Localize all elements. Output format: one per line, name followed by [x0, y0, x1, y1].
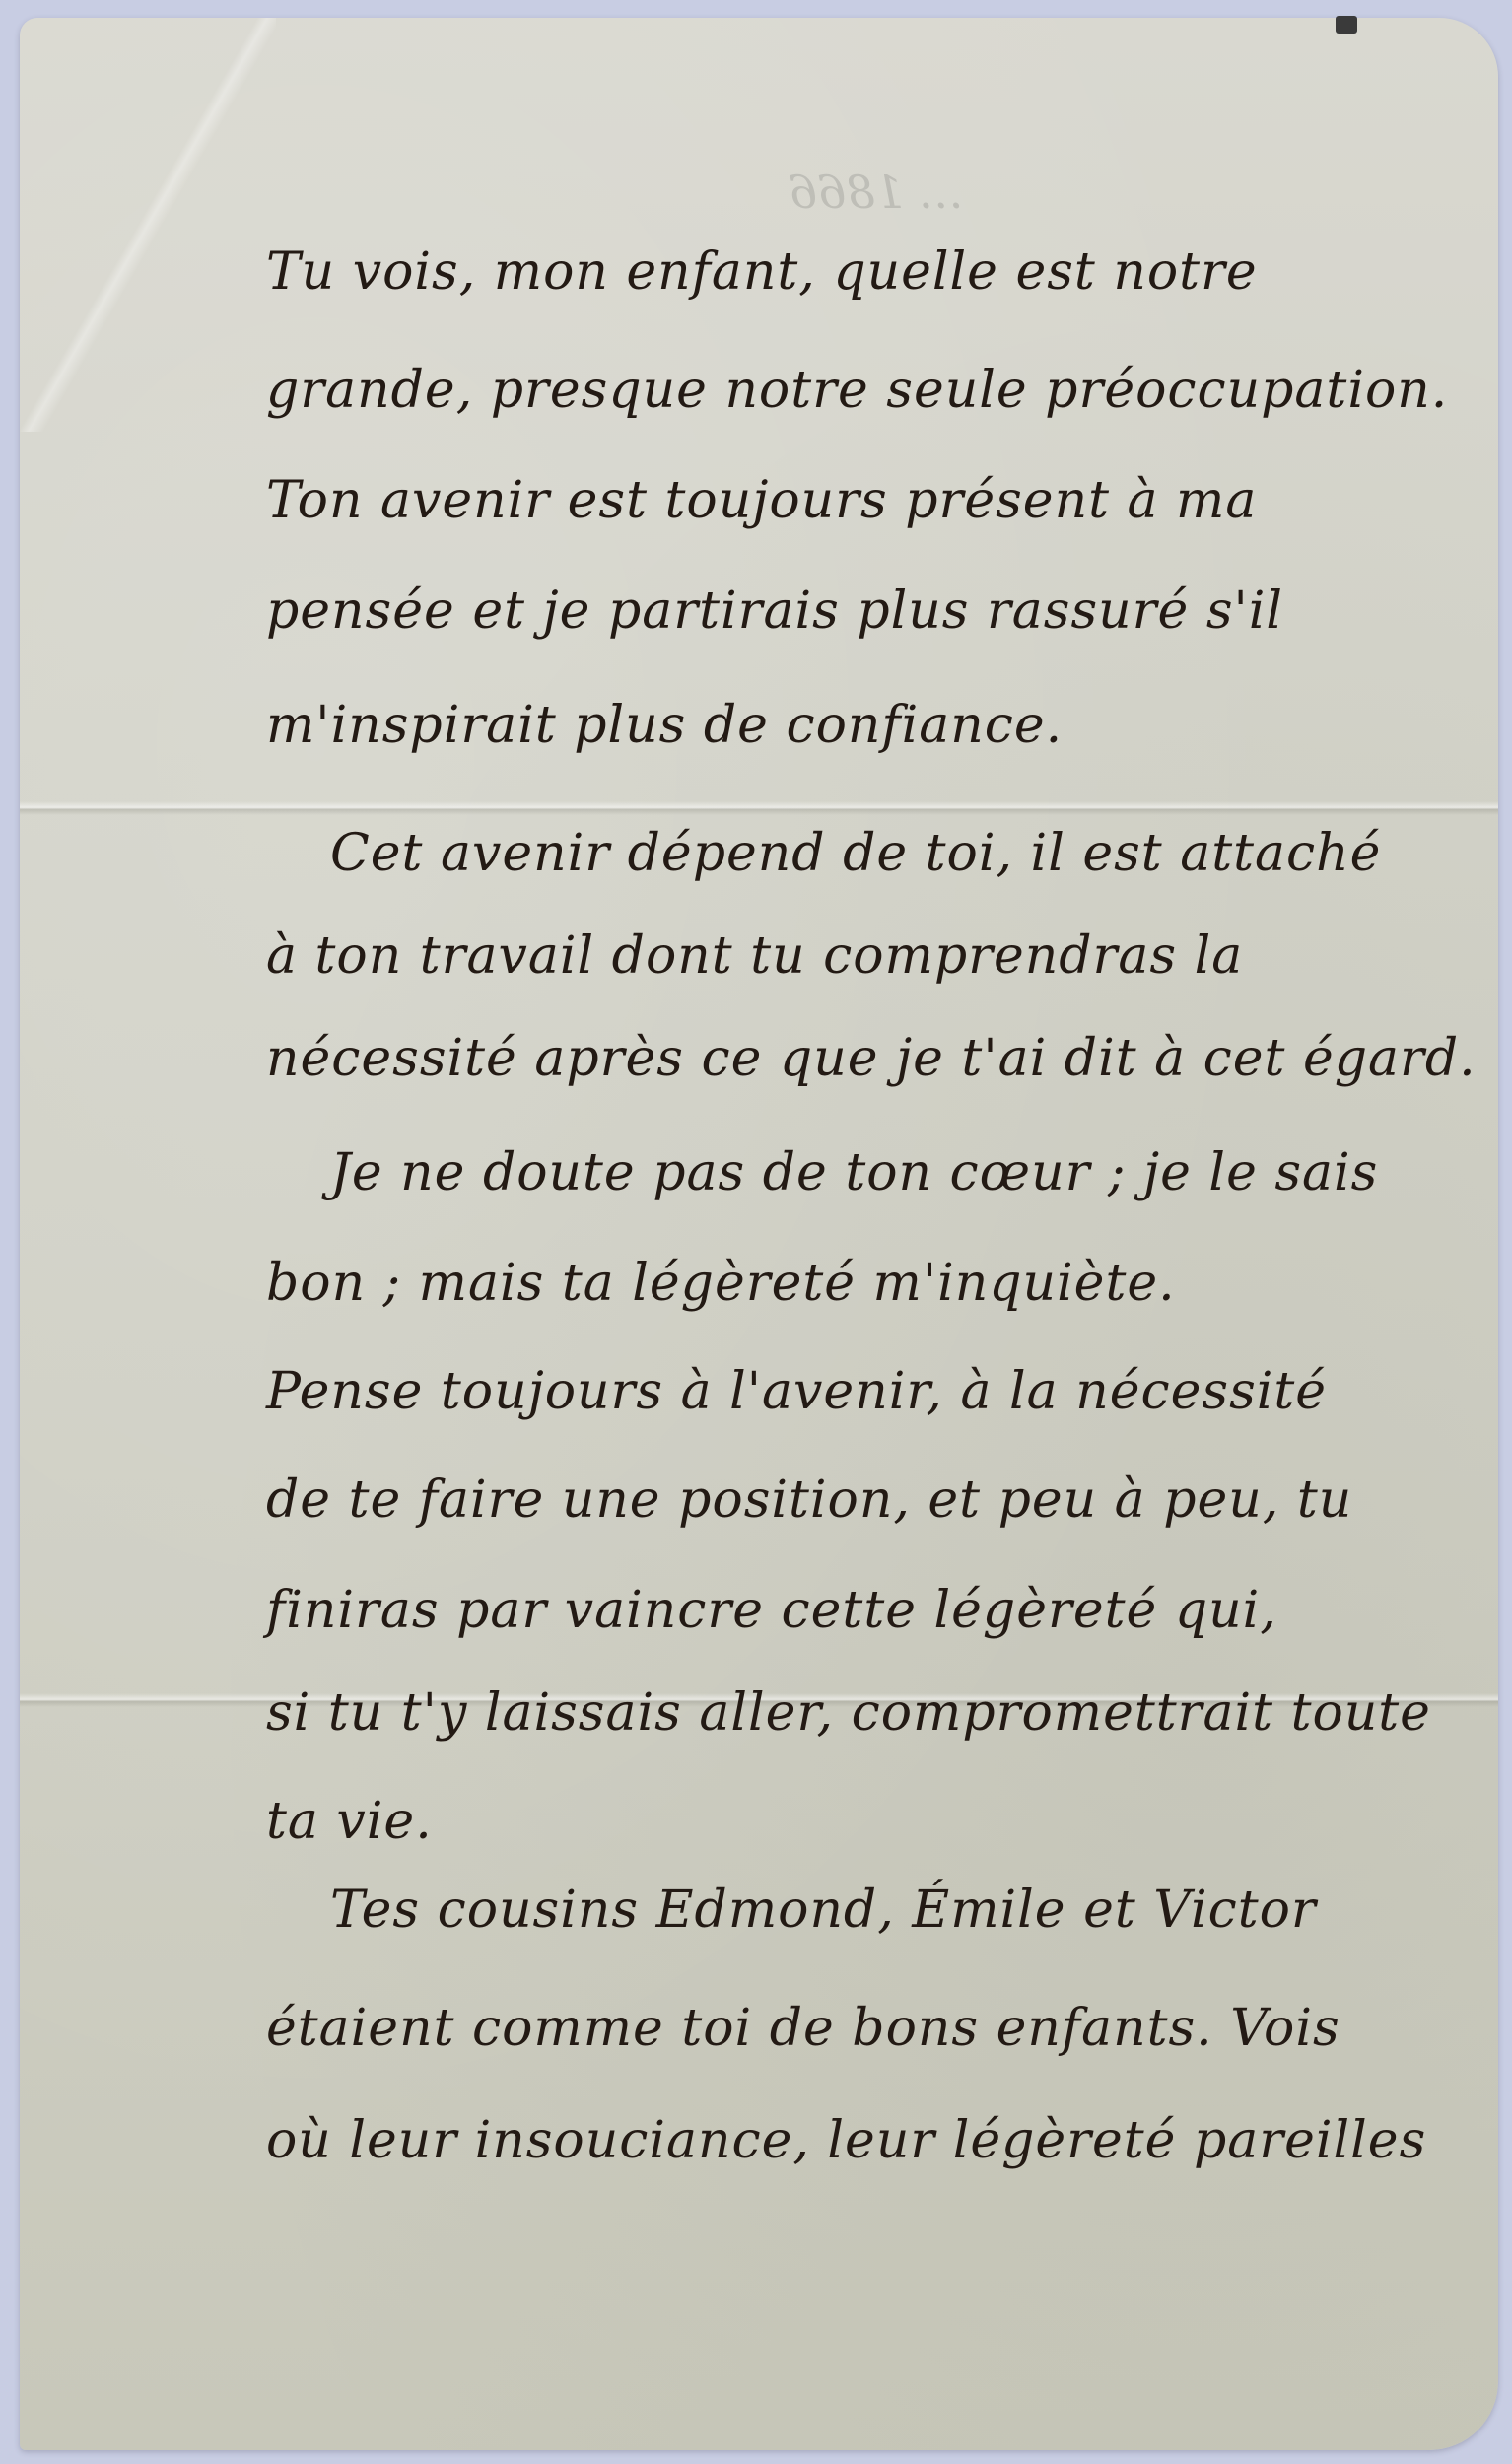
letter-line: finiras par vaincre cette légèreté qui,: [266, 1581, 1498, 1640]
letter-line: Tes cousins Edmond, Émile et Victor: [330, 1881, 1498, 1940]
letter-line: Je ne doute pas de ton cœur ; je le sais: [330, 1143, 1498, 1202]
letter-line: Cet avenir dépend de toi, il est attaché: [330, 824, 1498, 883]
letter-page: … 1866 Tu vois, mon enfant, quelle est n…: [20, 18, 1498, 2450]
letter-line: si tu t'y laissais aller, compromettrait…: [266, 1683, 1498, 1743]
fold-crease-upper: [20, 801, 1498, 815]
letter-line: bon ; mais ta légèreté m'inquiète.: [266, 1254, 1498, 1313]
letter-line: ta vie.: [266, 1792, 1498, 1851]
letter-line: à ton travail dont tu comprendras la: [266, 926, 1498, 986]
letter-line: Pense toujours à l'avenir, à la nécessit…: [266, 1362, 1498, 1421]
letter-line: de te faire une position, et peu à peu, …: [266, 1471, 1498, 1530]
bleedthrough-dateline: … 1866: [789, 166, 964, 219]
corner-crease: [20, 18, 276, 432]
letter-line: où leur insouciance, leur légèreté parei…: [266, 2111, 1498, 2170]
letter-line: grande, presque notre seule préoccupatio…: [266, 361, 1498, 420]
letter-line: Ton avenir est toujours présent à ma: [266, 471, 1498, 530]
paper-fragment-mark: [1336, 16, 1357, 34]
letter-line: Tu vois, mon enfant, quelle est notre: [266, 242, 1498, 302]
letter-line: étaient comme toi de bons enfants. Vois: [266, 1999, 1498, 2058]
letter-line: nécessité après ce que je t'ai dit à cet…: [266, 1029, 1498, 1088]
letter-line: m'inspirait plus de confiance.: [266, 696, 1498, 755]
letter-line: pensée et je partirais plus rassuré s'il: [266, 582, 1498, 641]
